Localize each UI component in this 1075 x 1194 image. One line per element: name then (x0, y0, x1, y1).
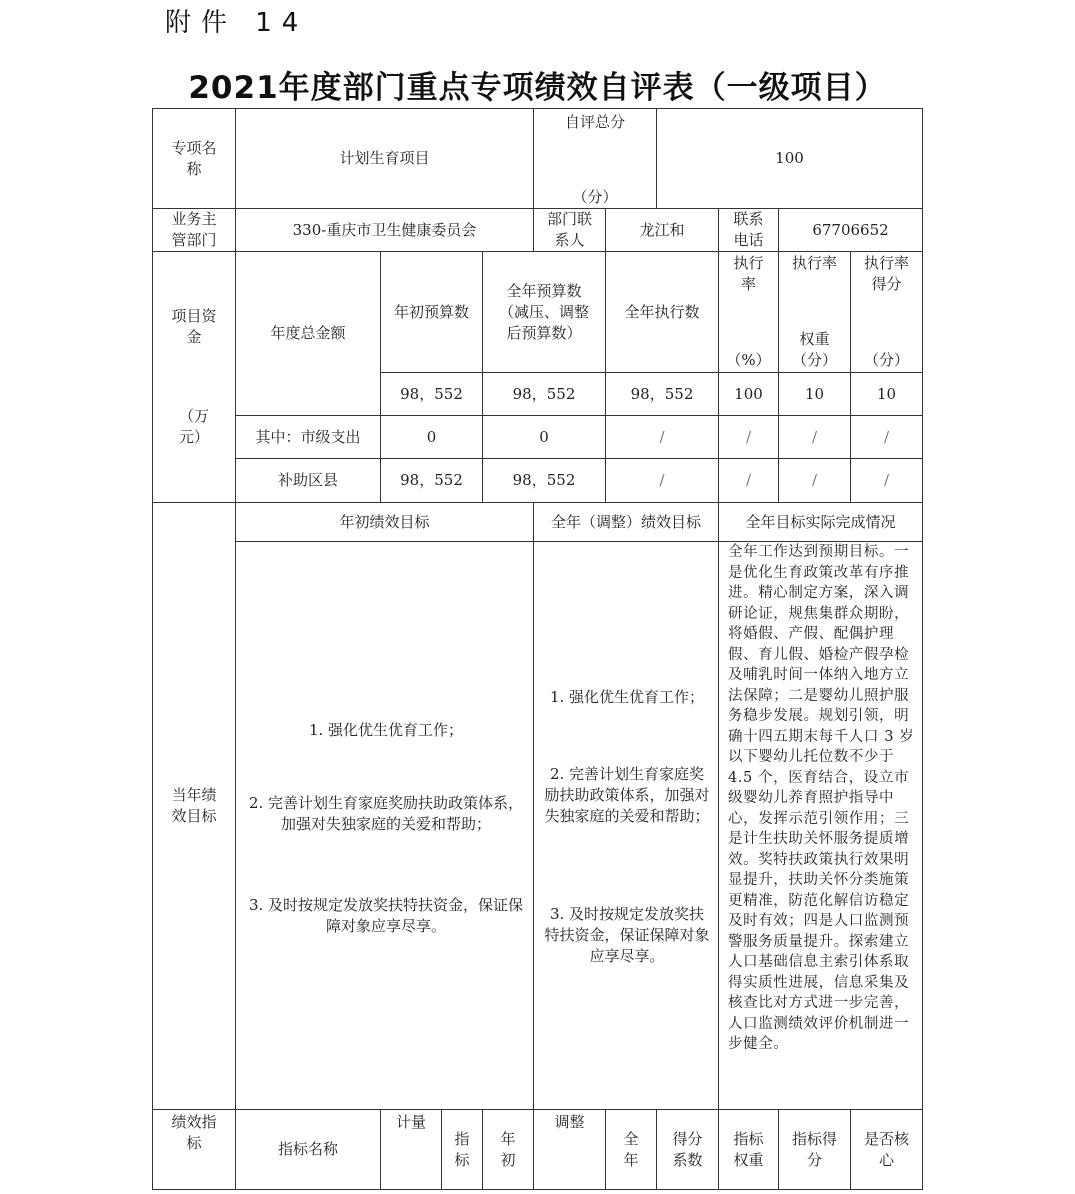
self-score-unit: （分） (534, 187, 656, 208)
funds-label: 项目资 金 (153, 306, 235, 348)
ind-header-is-core: 是否核 心 (850, 1109, 923, 1190)
ind-header-unit-cell: 计量 (380, 1109, 442, 1190)
contact-value: 龙江和 (605, 208, 719, 252)
header-exec-rate: 执行 率 （%） (718, 251, 779, 373)
row-city-weight: / (778, 415, 851, 459)
row-district-executed: / (605, 458, 719, 503)
header-full-year-budget: 全年预算数 （减压、调整 后预算数） (482, 251, 606, 373)
attachment-label: 附件 14 (165, 2, 308, 39)
row-district-full-year: 98，552 (482, 458, 606, 503)
self-score-label-cell: 自评总分 （分） (533, 108, 657, 209)
header-exec-score: 执行率 得分 （分） (850, 251, 923, 373)
page-title: 2021年度部门重点专项绩效自评表（一级项目） (0, 62, 1075, 107)
goals-initial-cell: 1. 强化优生优育工作； 2. 完善计划生育家庭奖励扶助政策体系，加强对失独家庭… (235, 541, 534, 1110)
contact-label: 部门联 系人 (533, 208, 606, 252)
row-total-initial: 98，552 (380, 372, 483, 416)
project-name-label: 专项名 称 (152, 108, 236, 209)
header-exec-weight: 执行率 权重 （分） (778, 251, 851, 373)
ind-header-initial: 年 初 (482, 1109, 534, 1190)
row-total-score: 10 (850, 372, 923, 416)
row-district-score: / (850, 458, 923, 503)
row-district-weight: / (778, 458, 851, 503)
self-score-value: 100 (656, 108, 923, 209)
goals-initial-item-3: 3. 及时按规定发放奖扶特扶资金，保证保障对象应享尽享。 (245, 895, 527, 937)
row-total-weight: 10 (778, 372, 851, 416)
header-executed: 全年执行数 (605, 251, 719, 373)
ind-header-score: 指标得 分 (778, 1109, 851, 1190)
phone-label: 联系 电话 (718, 208, 779, 252)
goals-header-actual: 全年目标实际完成情况 (718, 502, 923, 542)
department-value: 330-重庆市卫生健康委员会 (235, 208, 534, 252)
ind-header-weight: 指标 权重 (718, 1109, 779, 1190)
row-district-initial: 98，552 (380, 458, 483, 503)
row-city-rate: / (718, 415, 779, 459)
row-district-rate: / (718, 458, 779, 503)
goals-initial-item-2: 2. 完善计划生育家庭奖励扶助政策体系，加强对失独家庭的关爱和帮助； (245, 793, 527, 835)
row-district-label: 补助区县 (235, 458, 381, 503)
goals-actual-text: 全年工作达到预期目标。一是优化生育政策改革有序推进。精心制定方案，深入调研论证，… (728, 542, 916, 1055)
row-city-score: / (850, 415, 923, 459)
exec-score-unit: （分） (851, 350, 922, 371)
goals-adjusted-item-3: 3. 及时按规定发放奖扶特扶资金，保证保障对象应享尽享。 (543, 904, 711, 967)
row-city-executed: / (605, 415, 719, 459)
exec-rate-unit: （%） (719, 350, 778, 371)
ind-header-full-year: 全 年 (605, 1109, 657, 1190)
funds-unit: （万 元） (153, 406, 235, 448)
goals-actual-cell: 全年工作达到预期目标。一是优化生育政策改革有序推进。精心制定方案，深入调研论证，… (718, 541, 923, 1110)
exec-weight-label: 执行率 (779, 253, 850, 274)
goals-initial-item-1: 1. 强化优生优育工作； (245, 720, 527, 741)
goals-adjusted-item-2: 2. 完善计划生育家庭奖励扶助政策体系，加强对失独家庭的关爱和帮助； (543, 764, 711, 827)
indicators-section-label: 绩效指 标 (153, 1112, 235, 1154)
row-city-full-year: 0 (482, 415, 606, 459)
project-name-value: 计划生育项目 (235, 108, 534, 209)
exec-score-label: 执行率 得分 (851, 253, 922, 295)
header-initial-budget: 年初预算数 (380, 251, 483, 373)
ind-header-adjusted-cell: 调整 (533, 1109, 606, 1190)
ind-header-name: 指标名称 (235, 1109, 381, 1190)
goals-section-label: 当年绩 效目标 (152, 502, 236, 1110)
ind-header-coef: 得分 系数 (656, 1109, 719, 1190)
indicators-section-cell: 绩效指 标 (152, 1109, 236, 1190)
phone-value: 67706652 (778, 208, 923, 252)
row-total-executed: 98，552 (605, 372, 719, 416)
row-total-full-year: 98，552 (482, 372, 606, 416)
ind-header-unit: 计量 (381, 1112, 441, 1133)
goals-header-adjusted: 全年（调整）绩效目标 (533, 502, 719, 542)
header-total-amount: 年度总金额 (235, 251, 381, 416)
exec-rate-label: 执行 率 (719, 253, 778, 295)
ind-header-adjusted: 调整 (534, 1112, 605, 1133)
row-city-label: 其中：市级支出 (235, 415, 381, 459)
department-label: 业务主 管部门 (152, 208, 236, 252)
exec-weight-unit: 权重 （分） (779, 329, 850, 371)
row-total-rate: 100 (718, 372, 779, 416)
funds-section-label: 项目资 金 （万 元） (152, 251, 236, 503)
self-score-label: 自评总分 (534, 112, 656, 133)
goals-adjusted-item-1: 1. 强化优生优育工作； (543, 687, 711, 708)
ind-header-indicator: 指 标 (441, 1109, 483, 1190)
row-city-initial: 0 (380, 415, 483, 459)
goals-adjusted-cell: 1. 强化优生优育工作； 2. 完善计划生育家庭奖励扶助政策体系，加强对失独家庭… (533, 541, 719, 1110)
goals-header-initial: 年初绩效目标 (235, 502, 534, 542)
